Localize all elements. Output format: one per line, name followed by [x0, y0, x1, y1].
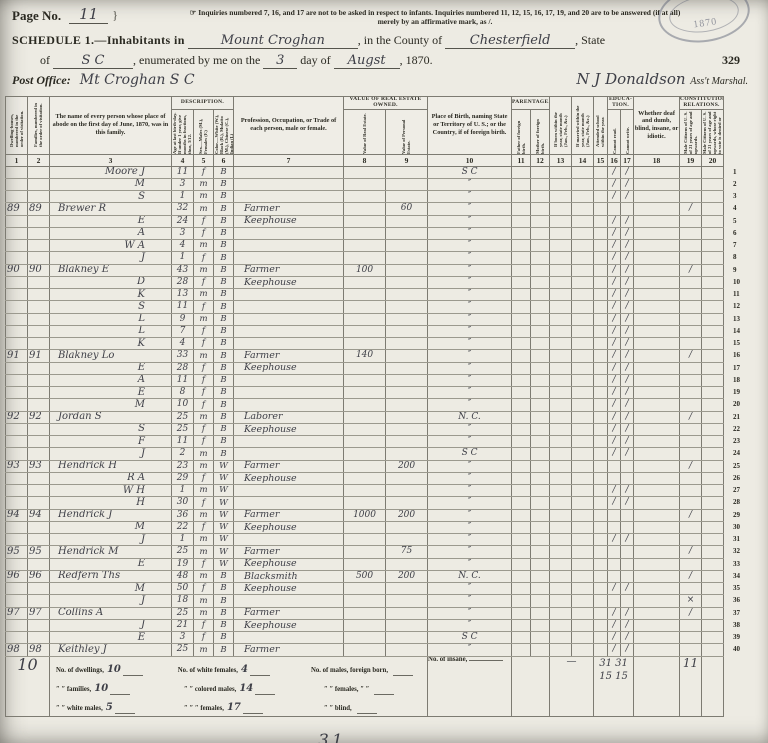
- parentage-tally-cell: [512, 656, 550, 716]
- real-estate-cell: [344, 313, 386, 325]
- column-caption-deaf-dumb: Whether deaf and dumb, blind, insane, or…: [634, 97, 680, 155]
- birthplace-cell: ″: [428, 374, 512, 386]
- father-foreign-cell: [512, 191, 531, 203]
- deaf-dumb-cell: [634, 325, 680, 337]
- deaf-dumb-cell: [634, 203, 680, 215]
- cannot-write-cell: [621, 472, 634, 484]
- occupation-cell: [234, 240, 344, 252]
- birthplace-cell: ″: [428, 178, 512, 190]
- tally-blank: [123, 675, 143, 676]
- enumerator-signature: N J Donaldson Ass't Marshal.: [576, 70, 748, 88]
- occupation-cell: Keephouse: [234, 362, 344, 374]
- age-cell: 18: [172, 595, 194, 607]
- cannot-write-cell: /: [621, 362, 634, 374]
- cannot-read-cell: [608, 546, 621, 558]
- column-number-6: 6: [214, 154, 234, 166]
- born-month-cell: [550, 166, 572, 178]
- table-row: A3fB″//6: [6, 227, 750, 239]
- cannot-read-cell: /: [608, 411, 621, 423]
- cannot-write-cell: /: [621, 632, 634, 644]
- tally-blank: [115, 713, 135, 714]
- born-month-cell: [550, 570, 572, 582]
- married-month-cell: [572, 632, 594, 644]
- color-cell: B: [214, 399, 234, 411]
- cannot-read-cell: /: [608, 325, 621, 337]
- cannot-read-cell: /: [608, 215, 621, 227]
- cannot-write-cell: /: [621, 423, 634, 435]
- personal-estate-cell: [386, 436, 428, 448]
- real-estate-cell: [344, 252, 386, 264]
- vote-denied-cell: [702, 178, 724, 190]
- name-cell: Collins A: [50, 607, 172, 619]
- married-month-cell: [572, 166, 594, 178]
- column-number-5: 5: [194, 154, 214, 166]
- row-number: 5: [724, 215, 750, 227]
- father-foreign-cell: [512, 276, 531, 288]
- sex-cell: m: [194, 178, 214, 190]
- cannot-write-cell: /: [621, 411, 634, 423]
- personal-estate-cell: [386, 423, 428, 435]
- column-caption-sex: Sex.—Males (M.), Females (F.): [194, 109, 214, 154]
- father-foreign-cell: [512, 374, 531, 386]
- table-row: J2mBS C//24: [6, 448, 750, 460]
- column-number-18: 18: [634, 154, 680, 166]
- table-row: J1fB″//8: [6, 252, 750, 264]
- mother-foreign-cell: [531, 583, 550, 595]
- mother-foreign-cell: [531, 301, 550, 313]
- cannot-read-cell: /: [608, 276, 621, 288]
- column-caption-school: Attended school within the year.: [594, 97, 608, 155]
- school-cell: [594, 387, 608, 399]
- personal-estate-cell: [386, 411, 428, 423]
- dwelling-number-cell: [6, 289, 28, 301]
- column-number-2: 2: [28, 154, 50, 166]
- name-cell: L: [50, 325, 172, 337]
- school-cell: [594, 313, 608, 325]
- age-cell: 50: [172, 583, 194, 595]
- deaf-dumb-cell: [634, 240, 680, 252]
- name-cell: Hendrick J: [50, 509, 172, 521]
- vote-denied-cell: [702, 509, 724, 521]
- real-estate-cell: [344, 387, 386, 399]
- cannot-read-cell: [608, 521, 621, 533]
- mother-foreign-cell: [531, 436, 550, 448]
- name-cell: M: [50, 583, 172, 595]
- personal-estate-cell: [386, 313, 428, 325]
- deaf-dumb-cell: [634, 289, 680, 301]
- citizen-mark-cell: [680, 497, 702, 509]
- dwelling-number-cell: [6, 595, 28, 607]
- vote-denied-cell: [702, 191, 724, 203]
- birthplace-cell: ″: [428, 619, 512, 631]
- family-number-cell: [28, 387, 50, 399]
- born-month-cell: [550, 178, 572, 190]
- personal-estate-cell: [386, 485, 428, 497]
- tally-line: ″ ″ families,10″ ″ colored males,14″ ″ f…: [56, 678, 423, 697]
- personal-estate-cell: 60: [386, 203, 428, 215]
- school-cell: [594, 240, 608, 252]
- instructions-line-1: ☞ Inquiries numbered 7, 16, and 17 are n…: [172, 8, 698, 17]
- school-cell: [594, 521, 608, 533]
- column-number-row: 1 2 3 4 5 6 7 8 9 10 11 12 13 14 15 16 1…: [6, 154, 750, 166]
- occupation-cell: Keephouse: [234, 215, 344, 227]
- color-cell: B: [214, 350, 234, 362]
- row-number: 18: [724, 374, 750, 386]
- occupation-cell: Keephouse: [234, 619, 344, 631]
- vote-denied-cell: [702, 436, 724, 448]
- personal-estate-cell: [386, 448, 428, 460]
- family-number-cell: [28, 558, 50, 570]
- cannot-read-cell: /: [608, 644, 621, 656]
- citizen-mark-cell: [680, 227, 702, 239]
- row-number: 10: [724, 276, 750, 288]
- family-number-cell: 89: [28, 203, 50, 215]
- school-cell: [594, 558, 608, 570]
- column-number-9: 9: [386, 154, 428, 166]
- tally-label: No. of dwellings,: [56, 665, 104, 678]
- row-number: 35: [724, 583, 750, 595]
- tally-pair: No. of dwellings,10: [56, 659, 178, 678]
- sex-cell: f: [194, 338, 214, 350]
- name-cell: J: [50, 448, 172, 460]
- occupation-cell: [234, 497, 344, 509]
- citizen-mark-cell: [680, 362, 702, 374]
- family-number-cell: 98: [28, 644, 50, 656]
- family-number-cell: [28, 178, 50, 190]
- age-cell: 2: [172, 448, 194, 460]
- father-foreign-cell: [512, 644, 531, 656]
- row-number: 30: [724, 521, 750, 533]
- mother-foreign-cell: [531, 644, 550, 656]
- real-estate-cell: [344, 644, 386, 656]
- real-estate-cell: [344, 227, 386, 239]
- column-number-16: 16: [608, 154, 621, 166]
- family-number-cell: [28, 497, 50, 509]
- cannot-write-cell: /: [621, 534, 634, 546]
- birthplace-cell: ″: [428, 252, 512, 264]
- deaf-dumb-cell: [634, 534, 680, 546]
- table-row: 9292Jordan S25mBLaborerN. C.///21: [6, 411, 750, 423]
- sex-cell: m: [194, 460, 214, 472]
- color-cell: B: [214, 191, 234, 203]
- personal-estate-cell: [386, 215, 428, 227]
- real-estate-cell: [344, 166, 386, 178]
- name-cell: S: [50, 301, 172, 313]
- age-cell: 4: [172, 338, 194, 350]
- mother-foreign-cell: [531, 203, 550, 215]
- instructions-line-2: merely by an affirmative mark, as /.: [172, 17, 698, 26]
- birthplace-cell: ″: [428, 289, 512, 301]
- dwelling-number-cell: [6, 276, 28, 288]
- born-month-cell: [550, 289, 572, 301]
- deaf-dumb-cell: [634, 166, 680, 178]
- age-cell: 30: [172, 497, 194, 509]
- page-number-label: Page No.: [12, 8, 61, 24]
- name-cell: Hendrick M: [50, 546, 172, 558]
- name-cell: M: [50, 178, 172, 190]
- color-cell: B: [214, 276, 234, 288]
- family-number-cell: [28, 423, 50, 435]
- page-number-value: 11: [69, 5, 108, 24]
- married-month-cell: [572, 485, 594, 497]
- name-cell: K: [50, 289, 172, 301]
- tally-blank: [250, 675, 270, 676]
- deaf-dumb-cell: [634, 521, 680, 533]
- table-row: F11fB″//23: [6, 436, 750, 448]
- cannot-read-cell: /: [608, 399, 621, 411]
- dwelling-number-cell: [6, 497, 28, 509]
- table-row: E28fBKeephouse″//17: [6, 362, 750, 374]
- age-cell: 8: [172, 387, 194, 399]
- citizen-mark-cell: [680, 387, 702, 399]
- cannot-write-cell: /: [621, 191, 634, 203]
- tally-value: 4: [241, 660, 248, 679]
- sex-cell: m: [194, 191, 214, 203]
- sex-cell: f: [194, 632, 214, 644]
- table-row: 8989Brewer R32mBFarmer60″/4: [6, 203, 750, 215]
- occupation-cell: [234, 289, 344, 301]
- row-number: 25: [724, 460, 750, 472]
- married-month-cell: [572, 203, 594, 215]
- father-foreign-cell: [512, 583, 531, 595]
- mother-foreign-cell: [531, 240, 550, 252]
- mother-foreign-cell: [531, 374, 550, 386]
- school-cell: [594, 632, 608, 644]
- dwelling-number-cell: [6, 521, 28, 533]
- personal-estate-cell: [386, 252, 428, 264]
- enumeration-line: of S C, enumerated by me on the 3 day of…: [40, 53, 758, 69]
- dwelling-number-cell: [6, 448, 28, 460]
- birthplace-cell: ″: [428, 215, 512, 227]
- real-estate-cell: 140: [344, 350, 386, 362]
- table-row: K13mB″//11: [6, 289, 750, 301]
- vote-denied-cell: [702, 497, 724, 509]
- mother-foreign-cell: [531, 546, 550, 558]
- cannot-read-cell: /: [608, 374, 621, 386]
- occupation-cell: [234, 313, 344, 325]
- school-cell: [594, 191, 608, 203]
- mother-foreign-cell: [531, 497, 550, 509]
- tally-value: 10: [94, 679, 108, 698]
- birthplace-cell: ″: [428, 546, 512, 558]
- father-foreign-cell: [512, 436, 531, 448]
- column-caption-color: Color.—White (W.), Black (B.), Mulatto (…: [214, 109, 234, 154]
- mother-foreign-cell: [531, 252, 550, 264]
- school-cell: [594, 497, 608, 509]
- cannot-write-cell: /: [621, 448, 634, 460]
- born-month-cell: [550, 509, 572, 521]
- citizen-mark-cell: [680, 448, 702, 460]
- real-estate-cell: [344, 460, 386, 472]
- dwelling-number-cell: [6, 632, 28, 644]
- tally-pair: ″ ″ colored males,14: [184, 678, 324, 697]
- margin-tally-cell: 10: [6, 656, 50, 716]
- dwelling-number-cell: [6, 338, 28, 350]
- name-cell: Jordan S: [50, 411, 172, 423]
- county-label: , in the County of: [358, 33, 442, 47]
- cannot-read-cell: /: [608, 166, 621, 178]
- table-row: L9mB″//13: [6, 313, 750, 325]
- real-estate-cell: [344, 276, 386, 288]
- born-month-cell: [550, 203, 572, 215]
- personal-estate-cell: 200: [386, 460, 428, 472]
- cannot-read-cell: /: [608, 534, 621, 546]
- name-cell: A: [50, 374, 172, 386]
- tally-pair: No. of males, foreign born,: [311, 659, 423, 678]
- father-foreign-cell: [512, 362, 531, 374]
- row-number: 23: [724, 436, 750, 448]
- mother-foreign-cell: [531, 570, 550, 582]
- personal-estate-cell: [386, 521, 428, 533]
- occupation-cell: [234, 436, 344, 448]
- cannot-read-cell: [608, 558, 621, 570]
- occupation-cell: [234, 485, 344, 497]
- tally-line: ″ ″ white males,5″ ″ ″ females,17″ ″ bli…: [56, 697, 423, 716]
- family-number-cell: [28, 399, 50, 411]
- born-month-cell: [550, 521, 572, 533]
- vote-denied-cell: [702, 264, 724, 276]
- row-number: 13: [724, 313, 750, 325]
- dwelling-number-cell: 91: [6, 350, 28, 362]
- personal-estate-cell: [386, 558, 428, 570]
- table-row: 9898Keithley J25mBFarmer″//40: [6, 644, 750, 656]
- name-cell: E: [50, 362, 172, 374]
- color-cell: B: [214, 436, 234, 448]
- vote-denied-cell: [702, 632, 724, 644]
- born-month-cell: [550, 350, 572, 362]
- father-foreign-cell: [512, 534, 531, 546]
- column-number-14: 14: [572, 154, 594, 166]
- family-number-cell: [28, 521, 50, 533]
- cannot-write-cell: [621, 203, 634, 215]
- married-month-cell: [572, 595, 594, 607]
- citizen-mark-cell: [680, 178, 702, 190]
- table-row: L7fB″//14: [6, 325, 750, 337]
- family-number-cell: [28, 619, 50, 631]
- tally-pair: ″ ″ blind,: [324, 697, 387, 716]
- deaf-dumb-cell: [634, 350, 680, 362]
- citizen-mark-cell: [680, 240, 702, 252]
- born-month-cell: [550, 362, 572, 374]
- born-month-cell: [550, 338, 572, 350]
- deaf-dumb-cell: [634, 583, 680, 595]
- occupation-cell: Blacksmith: [234, 570, 344, 582]
- family-number-cell: [28, 448, 50, 460]
- tally-label: ″ ″ colored males,: [184, 684, 236, 697]
- birthplace-cell: ″: [428, 362, 512, 374]
- group-value-owned: VALUE OF REAL ESTATE OWNED.: [344, 97, 428, 110]
- column-caption-male-citizens: Male Citizens of U. S. of 21 years of ag…: [680, 109, 702, 154]
- cannot-read-cell: /: [608, 619, 621, 631]
- dwelling-number-cell: [6, 485, 28, 497]
- occupation-cell: Farmer: [234, 460, 344, 472]
- born-month-cell: [550, 619, 572, 631]
- real-estate-cell: [344, 325, 386, 337]
- cannot-write-cell: [621, 558, 634, 570]
- dwelling-number-cell: 92: [6, 411, 28, 423]
- married-month-cell: [572, 644, 594, 656]
- tally-blank: [357, 713, 377, 714]
- occupation-cell: Farmer: [234, 607, 344, 619]
- name-cell: E: [50, 558, 172, 570]
- deaf-dumb-cell: [634, 632, 680, 644]
- age-cell: 25: [172, 546, 194, 558]
- birthplace-cell: ″: [428, 203, 512, 215]
- occupation-cell: [234, 595, 344, 607]
- citizen-mark-cell: [680, 374, 702, 386]
- married-month-cell: [572, 534, 594, 546]
- deaf-dumb-cell: [634, 387, 680, 399]
- father-foreign-cell: [512, 595, 531, 607]
- row-number: 36: [724, 595, 750, 607]
- married-month-cell: [572, 252, 594, 264]
- personal-estate-cell: [386, 619, 428, 631]
- personal-estate-cell: [386, 227, 428, 239]
- school-cell: [594, 583, 608, 595]
- cannot-read-cell: /: [608, 423, 621, 435]
- real-estate-cell: [344, 448, 386, 460]
- father-foreign-cell: [512, 619, 531, 631]
- occupation-cell: [234, 191, 344, 203]
- family-number-cell: [28, 240, 50, 252]
- deaf-dumb-cell: [634, 644, 680, 656]
- occupation-cell: Laborer: [234, 411, 344, 423]
- age-cell: 25: [172, 607, 194, 619]
- dwelling-number-cell: [6, 313, 28, 325]
- name-cell: J: [50, 534, 172, 546]
- column-caption-personal-estate: Value of Personal Estate.: [386, 109, 428, 154]
- dwelling-number-cell: 95: [6, 546, 28, 558]
- tally-value: 10: [107, 660, 121, 679]
- real-estate-cell: [344, 583, 386, 595]
- occupation-cell: [234, 534, 344, 546]
- citizen-mark-cell: /: [680, 350, 702, 362]
- table-row: 9090Blakney E43mBFarmer100″///9: [6, 264, 750, 276]
- father-foreign-cell: [512, 178, 531, 190]
- school-cell: [594, 178, 608, 190]
- born-month-cell: [550, 436, 572, 448]
- born-month-cell: [550, 387, 572, 399]
- citizen-mark-cell: [680, 521, 702, 533]
- real-estate-cell: [344, 472, 386, 484]
- mother-foreign-cell: [531, 387, 550, 399]
- father-foreign-cell: [512, 632, 531, 644]
- married-month-cell: [572, 423, 594, 435]
- sex-cell: m: [194, 644, 214, 656]
- married-month-cell: [572, 558, 594, 570]
- color-cell: W: [214, 497, 234, 509]
- color-cell: B: [214, 374, 234, 386]
- birthplace-cell: N. C.: [428, 411, 512, 423]
- family-number-cell: 94: [28, 509, 50, 521]
- born-month-cell: [550, 301, 572, 313]
- name-cell: E: [50, 387, 172, 399]
- birthplace-cell: ″: [428, 264, 512, 276]
- color-cell: B: [214, 387, 234, 399]
- vote-denied-cell: [702, 252, 724, 264]
- age-cell: 1: [172, 534, 194, 546]
- family-number-cell: 96: [28, 570, 50, 582]
- vote-denied-cell: [702, 203, 724, 215]
- father-foreign-cell: [512, 215, 531, 227]
- birthplace-cell: ″: [428, 301, 512, 313]
- dwelling-number-cell: [6, 619, 28, 631]
- dash-tally-cell: —: [550, 656, 594, 716]
- citizen-mark-cell: [680, 338, 702, 350]
- column-caption-birthplace: Place of Birth, naming State or Territor…: [428, 97, 512, 155]
- table-row: R A29fWKeephouse″26: [6, 472, 750, 484]
- deaf-dumb-cell: [634, 264, 680, 276]
